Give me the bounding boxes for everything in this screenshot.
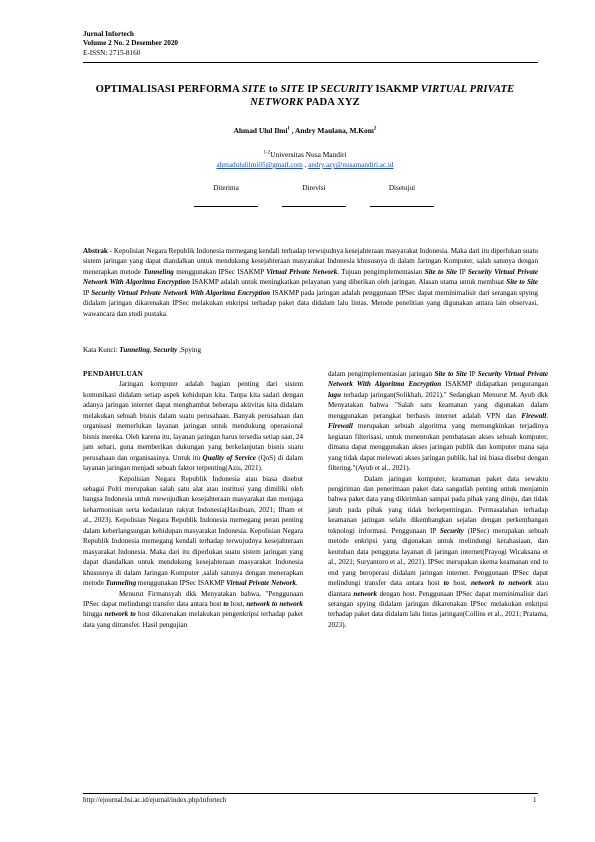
abstract-text: ISAKMP adalah untuk meningkatkan pelayan… xyxy=(190,278,506,286)
left-column: PENDAHULUAN Jaringan komputer adalah bag… xyxy=(83,369,303,630)
paragraph: Jaringan komputer adalah bagian penting … xyxy=(83,379,303,473)
footer-url[interactable]: http://ejournal.bsi.ac.id/ejurnal/index.… xyxy=(83,796,226,804)
keyword: Security xyxy=(153,346,177,354)
journal-header: Jurnal Infortech Volume 2 No. 2 Desember… xyxy=(83,30,178,58)
paragraph-text: host, xyxy=(449,579,471,587)
paragraph-emphasis: Site to Site xyxy=(435,370,467,378)
author-name: Ahmad Ulul Ilmi xyxy=(234,126,288,135)
paragraph-text: . xyxy=(546,412,548,420)
keyword: Tunneling xyxy=(119,346,150,354)
affiliation-name: Universitas Nusa Mandiri xyxy=(270,150,346,159)
paragraph-emphasis: Firewall xyxy=(521,412,546,420)
abstract-emphasis: Virtual Private Network xyxy=(266,268,337,276)
title-italic: SITE xyxy=(242,84,266,95)
section-heading: PENDAHULUAN xyxy=(83,369,303,379)
paragraph: dalam pengimplementasian jaringan Site t… xyxy=(328,369,548,474)
paragraph-text: Jaringan komputer adalah bagian penting … xyxy=(83,380,303,461)
paragraph-text: hingga xyxy=(83,610,105,618)
paragraph-emphasis: Firewall xyxy=(328,422,353,430)
title-text: IP xyxy=(304,84,320,95)
footer-divider xyxy=(83,793,538,794)
author-emails: ahmadululilmi05@gmail.com , andry.azy@nu… xyxy=(70,161,540,169)
paragraph-emphasis: Virtual Private Network xyxy=(226,579,296,587)
date-received-label: Diterima xyxy=(194,184,258,192)
date-received-line xyxy=(194,206,258,207)
paragraph: Menurut Firmansyah dkk Menyatakan bahwa,… xyxy=(83,589,303,631)
paragraph: Dalam jaringan komputer, keamanan paket … xyxy=(328,474,548,631)
paragraph-text: dalam pengimplementasian jaringan xyxy=(328,370,435,378)
paragraph: Kepolisian Negara Republik Indonesia ata… xyxy=(83,474,303,589)
author-name: Andry Maulana, M.Kom xyxy=(295,126,374,135)
journal-name: Jurnal Infortech xyxy=(83,30,178,39)
paragraph-text: IP xyxy=(467,370,478,378)
paragraph-text: ISAKMP didapatkan pengurangan xyxy=(441,380,548,388)
paragraph-text: terhadap jaringan(Solikhah, 2021)." Seda… xyxy=(328,391,548,420)
paragraph-emphasis: network xyxy=(353,590,377,598)
paragraph-emphasis: Quality of Service xyxy=(202,454,255,462)
author-list: Ahmad Ulul Ilmi1 , Andry Maulana, M.Kom2 xyxy=(70,126,540,135)
paragraph-emphasis: Tunneling xyxy=(106,579,137,587)
journal-page: Jurnal Infortech Volume 2 No. 2 Desember… xyxy=(0,0,595,842)
abstract-label: Abstrak xyxy=(83,247,108,255)
header-divider xyxy=(83,62,538,63)
abstract-text: . Tujuan pengimplementasian xyxy=(337,268,424,276)
paragraph-emphasis: network to network xyxy=(471,579,532,587)
title-text: PADA XYZ xyxy=(303,97,360,108)
page-number: 1 xyxy=(533,796,537,804)
date-received: Diterima xyxy=(194,184,258,207)
abstract-text: IP xyxy=(457,268,468,276)
abstract-emphasis: Security Virtual Private Network With Al… xyxy=(91,289,270,297)
date-approved: Disetujui xyxy=(370,184,434,207)
date-revised-label: Direvisi xyxy=(282,184,346,192)
keywords-label: Kata Kunci: xyxy=(83,346,119,354)
title-italic: SECURITY xyxy=(320,84,373,95)
right-column: dalam pengimplementasian jaringan Site t… xyxy=(328,369,548,630)
email-link-1[interactable]: ahmadululilmi05@gmail.com xyxy=(216,161,302,169)
author-superscript: 2 xyxy=(374,127,377,132)
paragraph-text: Kepolisian Negara Republik Indonesia ata… xyxy=(83,475,303,588)
title-text: OPTIMALISASI PERFORMA xyxy=(96,84,242,95)
paragraph-emphasis: Security xyxy=(440,527,464,535)
abstract-emphasis: Site to Site xyxy=(506,278,538,286)
paragraph-emphasis: network to xyxy=(105,610,136,618)
keyword: Spying xyxy=(181,346,201,354)
email-link-2[interactable]: andry.azy@nusamandiri.ac.id xyxy=(308,161,393,169)
abstract-text: IP xyxy=(83,289,91,297)
paragraph-text: . xyxy=(296,579,298,587)
abstract-emphasis: Site to Site xyxy=(425,268,457,276)
paragraph-emphasis: network to network xyxy=(246,600,303,608)
title-text: to xyxy=(266,84,281,95)
abstract-emphasis: Tunneling xyxy=(143,268,174,276)
paper-title: OPTIMALISASI PERFORMA SITE to SITE IP SE… xyxy=(70,84,540,110)
affiliation: 1-2Universitas Nusa Mandiri xyxy=(70,150,540,159)
paragraph-text: merupakan sebuah algoritma yang memungki… xyxy=(328,422,548,472)
date-revised-line xyxy=(282,206,346,207)
journal-issn: E-ISSN: 2715-8160 xyxy=(83,49,178,58)
paragraph-text: Dalam jaringan komputer, keamanan paket … xyxy=(328,475,548,535)
abstract: Abstrak - Kepolisian Negara Republik Ind… xyxy=(83,246,538,319)
abstract-text: menggunakan IPSec ISAKMP xyxy=(174,268,266,276)
date-approved-line xyxy=(370,206,434,207)
paragraph-text: host, xyxy=(229,600,246,608)
keywords: Kata Kunci: Tunneling, Security ,Spying xyxy=(83,346,201,354)
date-approved-label: Disetujui xyxy=(370,184,434,192)
title-text: ISAKMP xyxy=(373,84,421,95)
paragraph-emphasis: lagu xyxy=(328,391,341,399)
submission-dates: Diterima Direvisi Disetujui xyxy=(194,184,434,207)
paragraph-text: menggunakan IPSec ISAKMP xyxy=(136,579,226,587)
title-italic: SITE xyxy=(281,84,305,95)
journal-volume: Volume 2 No. 2 Desember 2020 xyxy=(83,39,178,48)
date-revised: Direvisi xyxy=(282,184,346,207)
